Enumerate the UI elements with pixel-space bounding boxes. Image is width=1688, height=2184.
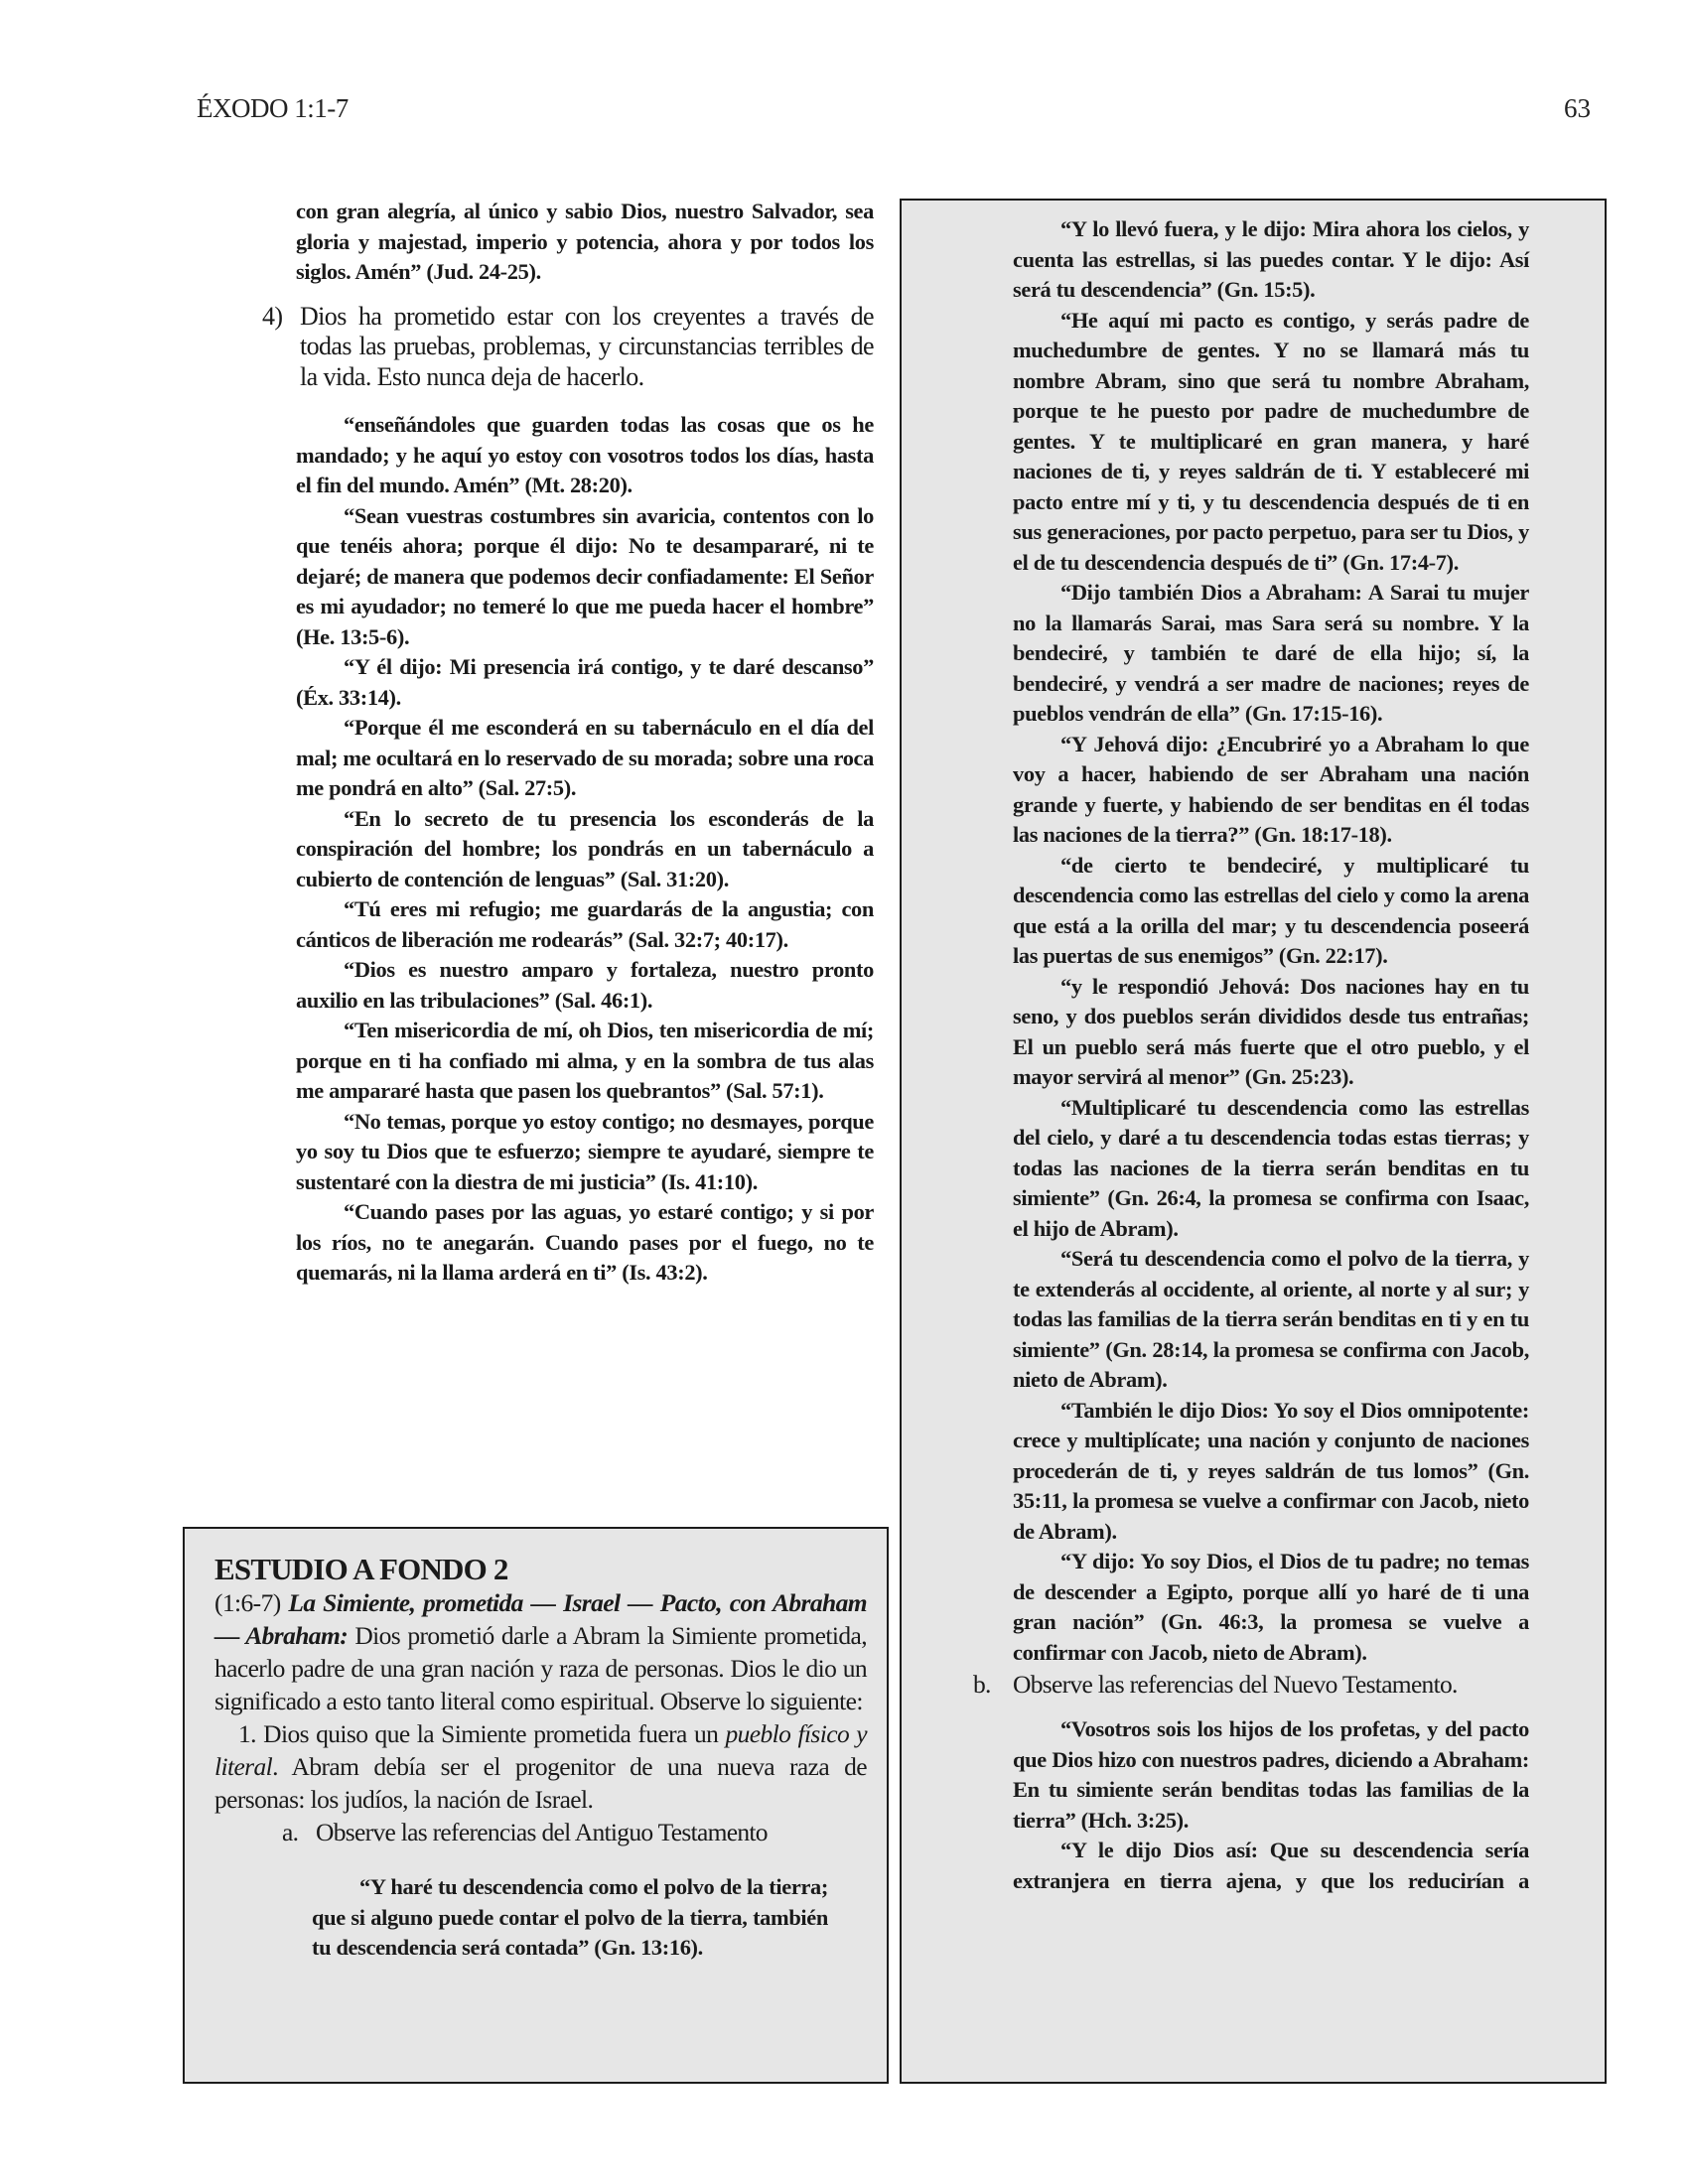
study-reference: (1:6-7) [214,1588,281,1617]
scripture-quote: “Dios es nuestro amparo y fortaleza, nue… [296,955,874,1016]
point-4: 4) Dios ha prometido estar con los creye… [197,302,874,393]
scripture-quote: “de cierto te bendeciré, y multiplicaré … [1013,851,1529,972]
scripture-quote: “Y haré tu descendencia como el polvo de… [312,1872,828,1964]
scripture-quote: “Porque él me esconderá en su tabernácul… [296,713,874,804]
sub-point-b: b. Observe las referencias del Nuevo Tes… [973,1668,1529,1701]
sub-point-a-text: Observe las referencias del Antiguo Test… [316,1816,768,1848]
sub-point-a-label: a. [282,1816,316,1848]
scripture-quote: “y le respondió Jehová: Dos naciones hay… [1013,972,1529,1093]
scripture-quote: “También le dijo Dios: Yo soy el Dios om… [1013,1396,1529,1548]
study-point-1-number: 1. [238,1719,256,1748]
page-number: 63 [1564,93,1591,124]
scripture-quote: “Y Jehová dijo: ¿Encubriré yo a Abraham … [1013,730,1529,851]
scripture-quote: “Sean vuestras costumbres sin avaricia, … [296,501,874,653]
scripture-quote: “No temas, porque yo estoy contigo; no d… [296,1107,874,1198]
scripture-quote: “Multiplicaré tu descendencia como las e… [1013,1093,1529,1245]
scripture-quote: “Y él dijo: Mi presencia irá contigo, y … [296,652,874,713]
scripture-quote: “Ten misericordia de mí, oh Dios, ten mi… [296,1016,874,1107]
scripture-quote: “He aquí mi pacto es contigo, y serás pa… [1013,306,1529,579]
sub-point-a: a. Observe las referencias del Antiguo T… [282,1816,867,1848]
quote-continuation-block: con gran alegría, al único y sabio Dios,… [296,197,874,288]
scripture-quote: “Será tu descendencia como el polvo de l… [1013,1244,1529,1396]
left-column: con gran alegría, al único y sabio Dios,… [197,197,874,1289]
scripture-quote: “Vosotros sois los hijos de los profetas… [1013,1714,1529,1836]
sub-point-b-label: b. [973,1668,1013,1701]
scripture-quote: “Y dijo: Yo soy Dios, el Dios de tu padr… [1013,1547,1529,1668]
study-box-continuation: “Y lo llevó fuera, y le dijo: Mira ahora… [1013,214,1529,1896]
quote-continuation: con gran alegría, al único y sabio Dios,… [296,197,874,288]
study-point-1-text-b: . Abram debía ser el progenitor de una n… [214,1752,867,1814]
study-box-part-1: ESTUDIO A FONDO 2 (1:6-7) La Simiente, p… [183,1527,889,2084]
study-box-title: ESTUDIO A FONDO 2 [214,1553,867,1586]
scripture-quote: “En lo secreto de tu presencia los escon… [296,804,874,895]
study-point-1-text-a: Dios quiso que la Simiente prometida fue… [263,1719,718,1748]
scripture-quote: “Dijo también Dios a Abraham: A Sarai tu… [1013,578,1529,730]
study-box-intro: (1:6-7) La Simiente, prometida — Israel … [214,1586,867,1717]
study-point-1: 1. Dios quiso que la Simiente prometida … [214,1717,867,1816]
scripture-quote: “Y lo llevó fuera, y le dijo: Mira ahora… [1013,214,1529,306]
scripture-quotes: “enseñándoles que guarden todas las cosa… [296,410,874,1289]
spacer [1013,1701,1529,1714]
scripture-quote: “Tú eres mi refugio; me guardarás de la … [296,894,874,955]
ot-quotes-part-1: “Y haré tu descendencia como el polvo de… [312,1872,828,1964]
point-4-number: 4) [197,302,300,393]
scripture-quote: “Cuando pases por las aguas, yo estaré c… [296,1197,874,1289]
scripture-quote: “Y le dijo Dios así: Que su descendencia… [1013,1836,1529,1896]
running-head: ÉXODO 1:1-7 [197,93,349,124]
sub-point-b-text: Observe las referencias del Nuevo Testam… [1013,1668,1458,1701]
point-4-text: Dios ha prometido estar con los creyente… [300,302,874,393]
scripture-quote: “enseñándoles que guarden todas las cosa… [296,410,874,501]
study-box-part-2: “Y lo llevó fuera, y le dijo: Mira ahora… [900,199,1607,2084]
